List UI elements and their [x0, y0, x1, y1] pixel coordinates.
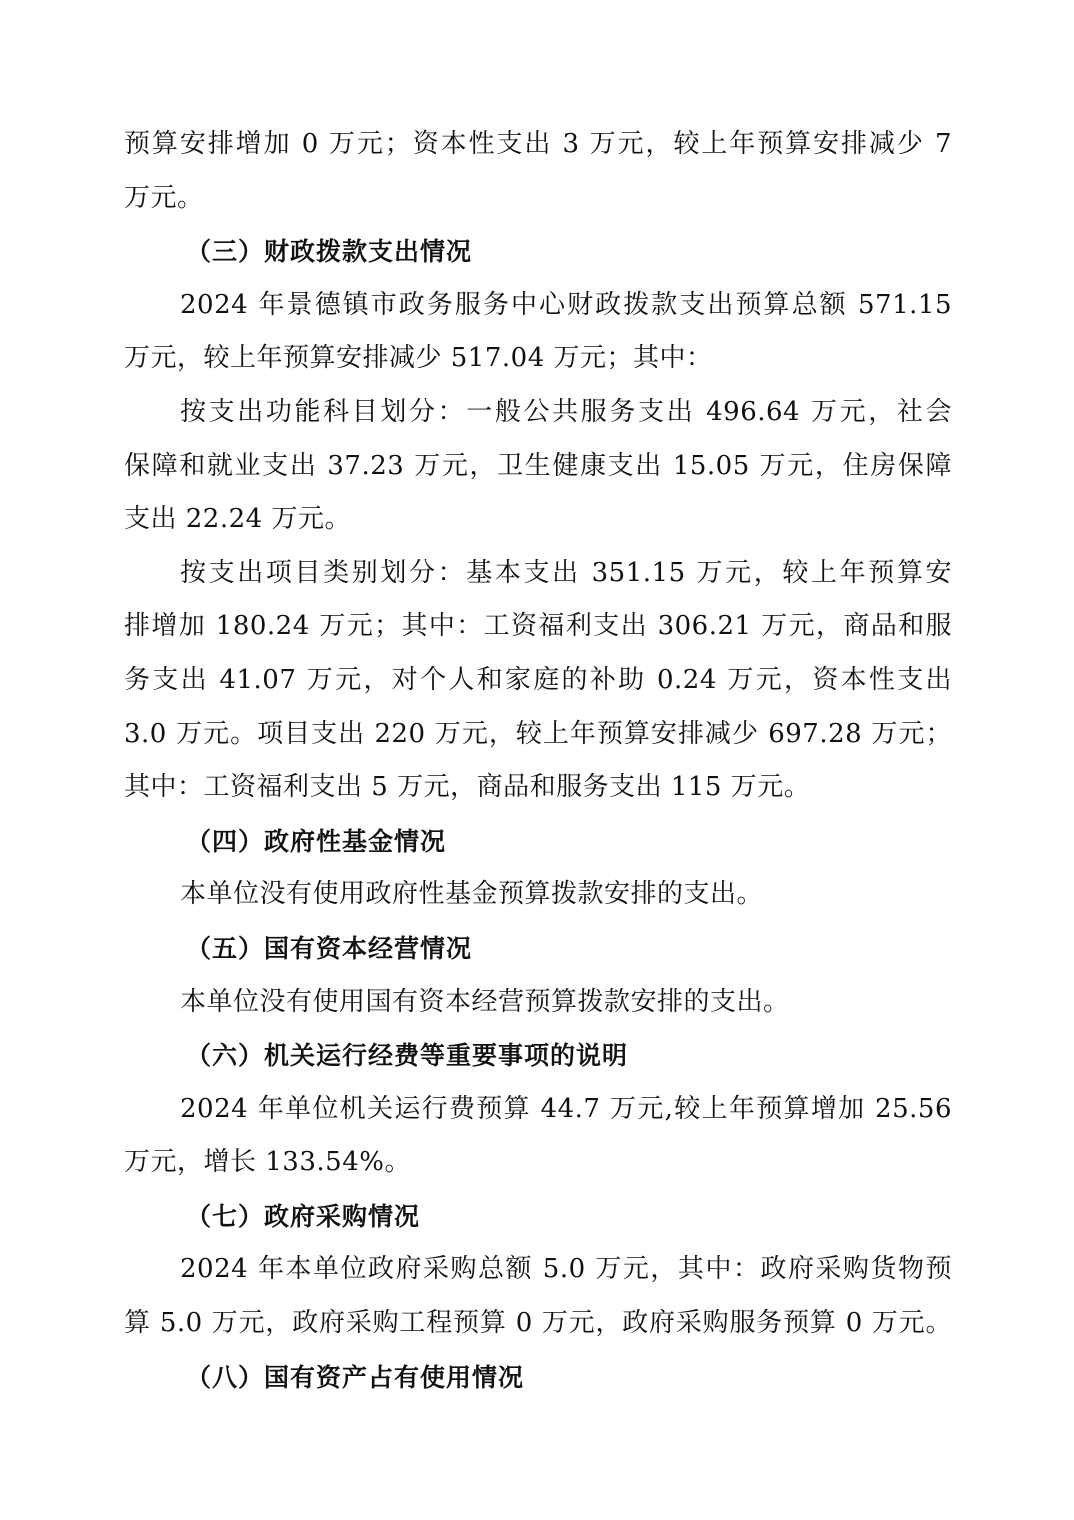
paragraph-line: 本单位没有使用政府性基金预算拨款安排的支出。: [124, 868, 952, 922]
paragraph-line: 万元，较上年预算安排减少 517.04 万元；其中：: [124, 332, 952, 386]
paragraph-line: 支出 22.24 万元。: [124, 493, 952, 547]
paragraph-line: 算 5.0 万元，政府采购工程预算 0 万元，政府采购服务预算 0 万元。: [124, 1297, 952, 1351]
section-heading-government-procurement: （七）政府采购情况: [124, 1190, 952, 1244]
section-heading-operating-expenses: （六）机关运行经费等重要事项的说明: [124, 1029, 952, 1083]
paragraph-line: 万元。: [124, 172, 952, 226]
section-heading-state-assets: （八）国有资产占有使用情况: [124, 1351, 952, 1405]
paragraph-line: 2024 年景德镇市政务服务中心财政拨款支出预算总额 571.15: [124, 279, 952, 333]
paragraph-line: 其中：工资福利支出 5 万元，商品和服务支出 115 万元。: [124, 761, 952, 815]
paragraph-line: 保障和就业支出 37.23 万元，卫生健康支出 15.05 万元，住房保障: [124, 440, 952, 494]
paragraph-line: 预算安排增加 0 万元；资本性支出 3 万元，较上年预算安排减少 7: [124, 118, 952, 172]
section-heading-government-funds: （四）政府性基金情况: [124, 815, 952, 869]
document-page: 预算安排增加 0 万元；资本性支出 3 万元，较上年预算安排减少 7 万元。 （…: [124, 118, 952, 1404]
paragraph-line: 按支出项目类别划分：基本支出 351.15 万元，较上年预算安: [124, 547, 952, 601]
section-heading-state-capital-operations: （五）国有资本经营情况: [124, 922, 952, 976]
paragraph-line: 2024 年单位机关运行费预算 44.7 万元,较上年预算增加 25.56: [124, 1083, 952, 1137]
paragraph-line: 排增加 180.24 万元；其中：工资福利支出 306.21 万元，商品和服: [124, 600, 952, 654]
paragraph-line: 3.0 万元。项目支出 220 万元，较上年预算安排减少 697.28 万元；: [124, 708, 952, 762]
paragraph-line: 万元，增长 133.54%。: [124, 1136, 952, 1190]
section-heading-fiscal-appropriation-expenditure: （三）财政拨款支出情况: [124, 225, 952, 279]
paragraph-line: 本单位没有使用国有资本经营预算拨款安排的支出。: [124, 976, 952, 1030]
paragraph-line: 2024 年本单位政府采购总额 5.0 万元，其中：政府采购货物预: [124, 1243, 952, 1297]
paragraph-line: 按支出功能科目划分：一般公共服务支出 496.64 万元，社会: [124, 386, 952, 440]
paragraph-line: 务支出 41.07 万元，对个人和家庭的补助 0.24 万元，资本性支出: [124, 654, 952, 708]
